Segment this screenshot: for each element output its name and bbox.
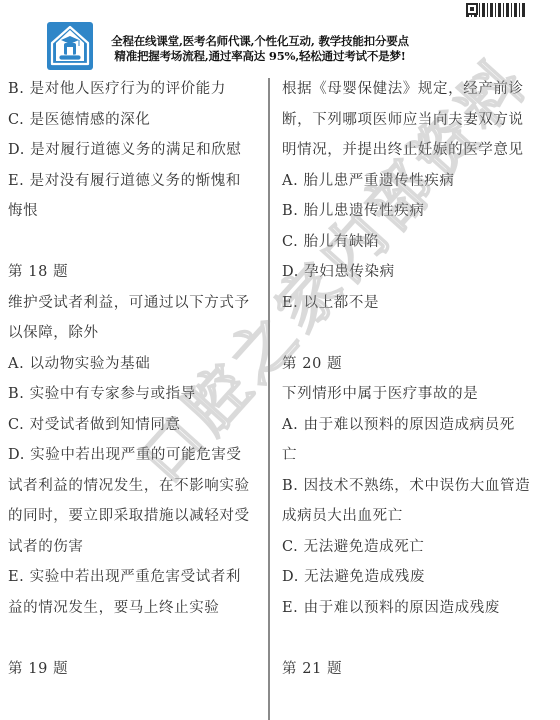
right-line-8 xyxy=(282,322,552,353)
right-line-15: C. 无法避免造成死亡 xyxy=(282,536,552,567)
right-line-1: 断，下列哪项医师应当向夫妻双方说 xyxy=(282,109,552,140)
right-line-4: B. 胎儿患遗传性疾病 xyxy=(282,200,552,231)
right-line-5: C. 胎儿有缺陷 xyxy=(282,231,552,262)
right-line-3: A. 胎儿患严重遗传性疾病 xyxy=(282,170,552,201)
right-line-18 xyxy=(282,627,552,658)
question-18-title: 第 18 题 xyxy=(8,261,260,292)
left-line-10: B. 实验中有专家参与或指导 xyxy=(8,383,260,414)
page-header: 全程在线课堂,医考名师代课,个性化互动, 教学技能扣分要点 精准把握考场流程,通… xyxy=(0,0,560,80)
left-line-9: A. 以动物实验为基础 xyxy=(8,353,260,384)
left-line-18 xyxy=(8,627,260,658)
right-line-14: 成病员大出血死亡 xyxy=(282,505,552,536)
left-line-2: D. 是对履行道德义务的满足和欣慰 xyxy=(8,139,260,170)
right-line-0: 根据《母婴保健法》规定，经产前诊 xyxy=(282,78,552,109)
left-line-8: 以保障，除外 xyxy=(8,322,260,353)
left-line-11: C. 对受试者做到知情同意 xyxy=(8,414,260,445)
left-line-13: 试者利益的情况发生，在不影响实验 xyxy=(8,475,260,506)
left-line-15: 试者的伤害 xyxy=(8,536,260,567)
left-line-14: 的同时，要立即采取措施以减轻对受 xyxy=(8,505,260,536)
slogan: 全程在线课堂,医考名师代课,个性化互动, 教学技能扣分要点 精准把握考场流程,通… xyxy=(100,34,420,64)
left-line-1: C. 是医德情感的深化 xyxy=(8,109,260,140)
left-line-17: 益的情况发生，要马上终止实验 xyxy=(8,597,260,628)
left-line-0: B. 是对他人医疗行为的评价能力 xyxy=(8,78,260,109)
slogan-line-1: 全程在线课堂,医考名师代课,个性化互动, 教学技能扣分要点 xyxy=(100,34,420,49)
question-19-title: 第 19 题 xyxy=(8,658,260,689)
right-line-11: A. 由于难以预料的原因造成病员死 xyxy=(282,414,552,445)
left-line-12: D. 实验中若出现严重的可能危害受 xyxy=(8,444,260,475)
column-divider xyxy=(268,78,270,720)
right-line-7: E. 以上都不是 xyxy=(282,292,552,323)
left-line-7: 维护受试者利益，可通过以下方式予 xyxy=(8,292,260,323)
house-graduation-cap-icon xyxy=(47,22,93,70)
left-line-16: E. 实验中若出现严重危害受试者利 xyxy=(8,566,260,597)
left-line-5 xyxy=(8,231,260,262)
right-line-6: D. 孕妇患传染病 xyxy=(282,261,552,292)
question-21-title: 第 21 题 xyxy=(282,658,552,689)
right-line-17: E. 由于难以预料的原因造成残废 xyxy=(282,597,552,628)
slogan-line-2: 精准把握考场流程,通过率高达 95%,轻松通过考试不是梦! xyxy=(100,49,420,64)
right-line-2: 明情况，并提出终止妊娠的医学意见 xyxy=(282,139,552,170)
question-20-title: 第 20 题 xyxy=(282,353,552,384)
right-line-12: 亡 xyxy=(282,444,552,475)
right-line-13: B. 因技术不熟练，术中误伤大血管造 xyxy=(282,475,552,506)
left-line-4: 悔恨 xyxy=(8,200,260,231)
left-column: B. 是对他人医疗行为的评价能力 C. 是医德情感的深化 D. 是对履行道德义务… xyxy=(8,78,260,688)
logo xyxy=(47,22,93,70)
left-line-3: E. 是对没有履行道德义务的惭愧和 xyxy=(8,170,260,201)
right-line-16: D. 无法避免造成残废 xyxy=(282,566,552,597)
qr-code-icon xyxy=(466,3,526,17)
right-column: 根据《母婴保健法》规定，经产前诊 断，下列哪项医师应当向夫妻双方说 明情况，并提… xyxy=(282,78,552,688)
right-line-10: 下列情形中属于医疗事故的是 xyxy=(282,383,552,414)
